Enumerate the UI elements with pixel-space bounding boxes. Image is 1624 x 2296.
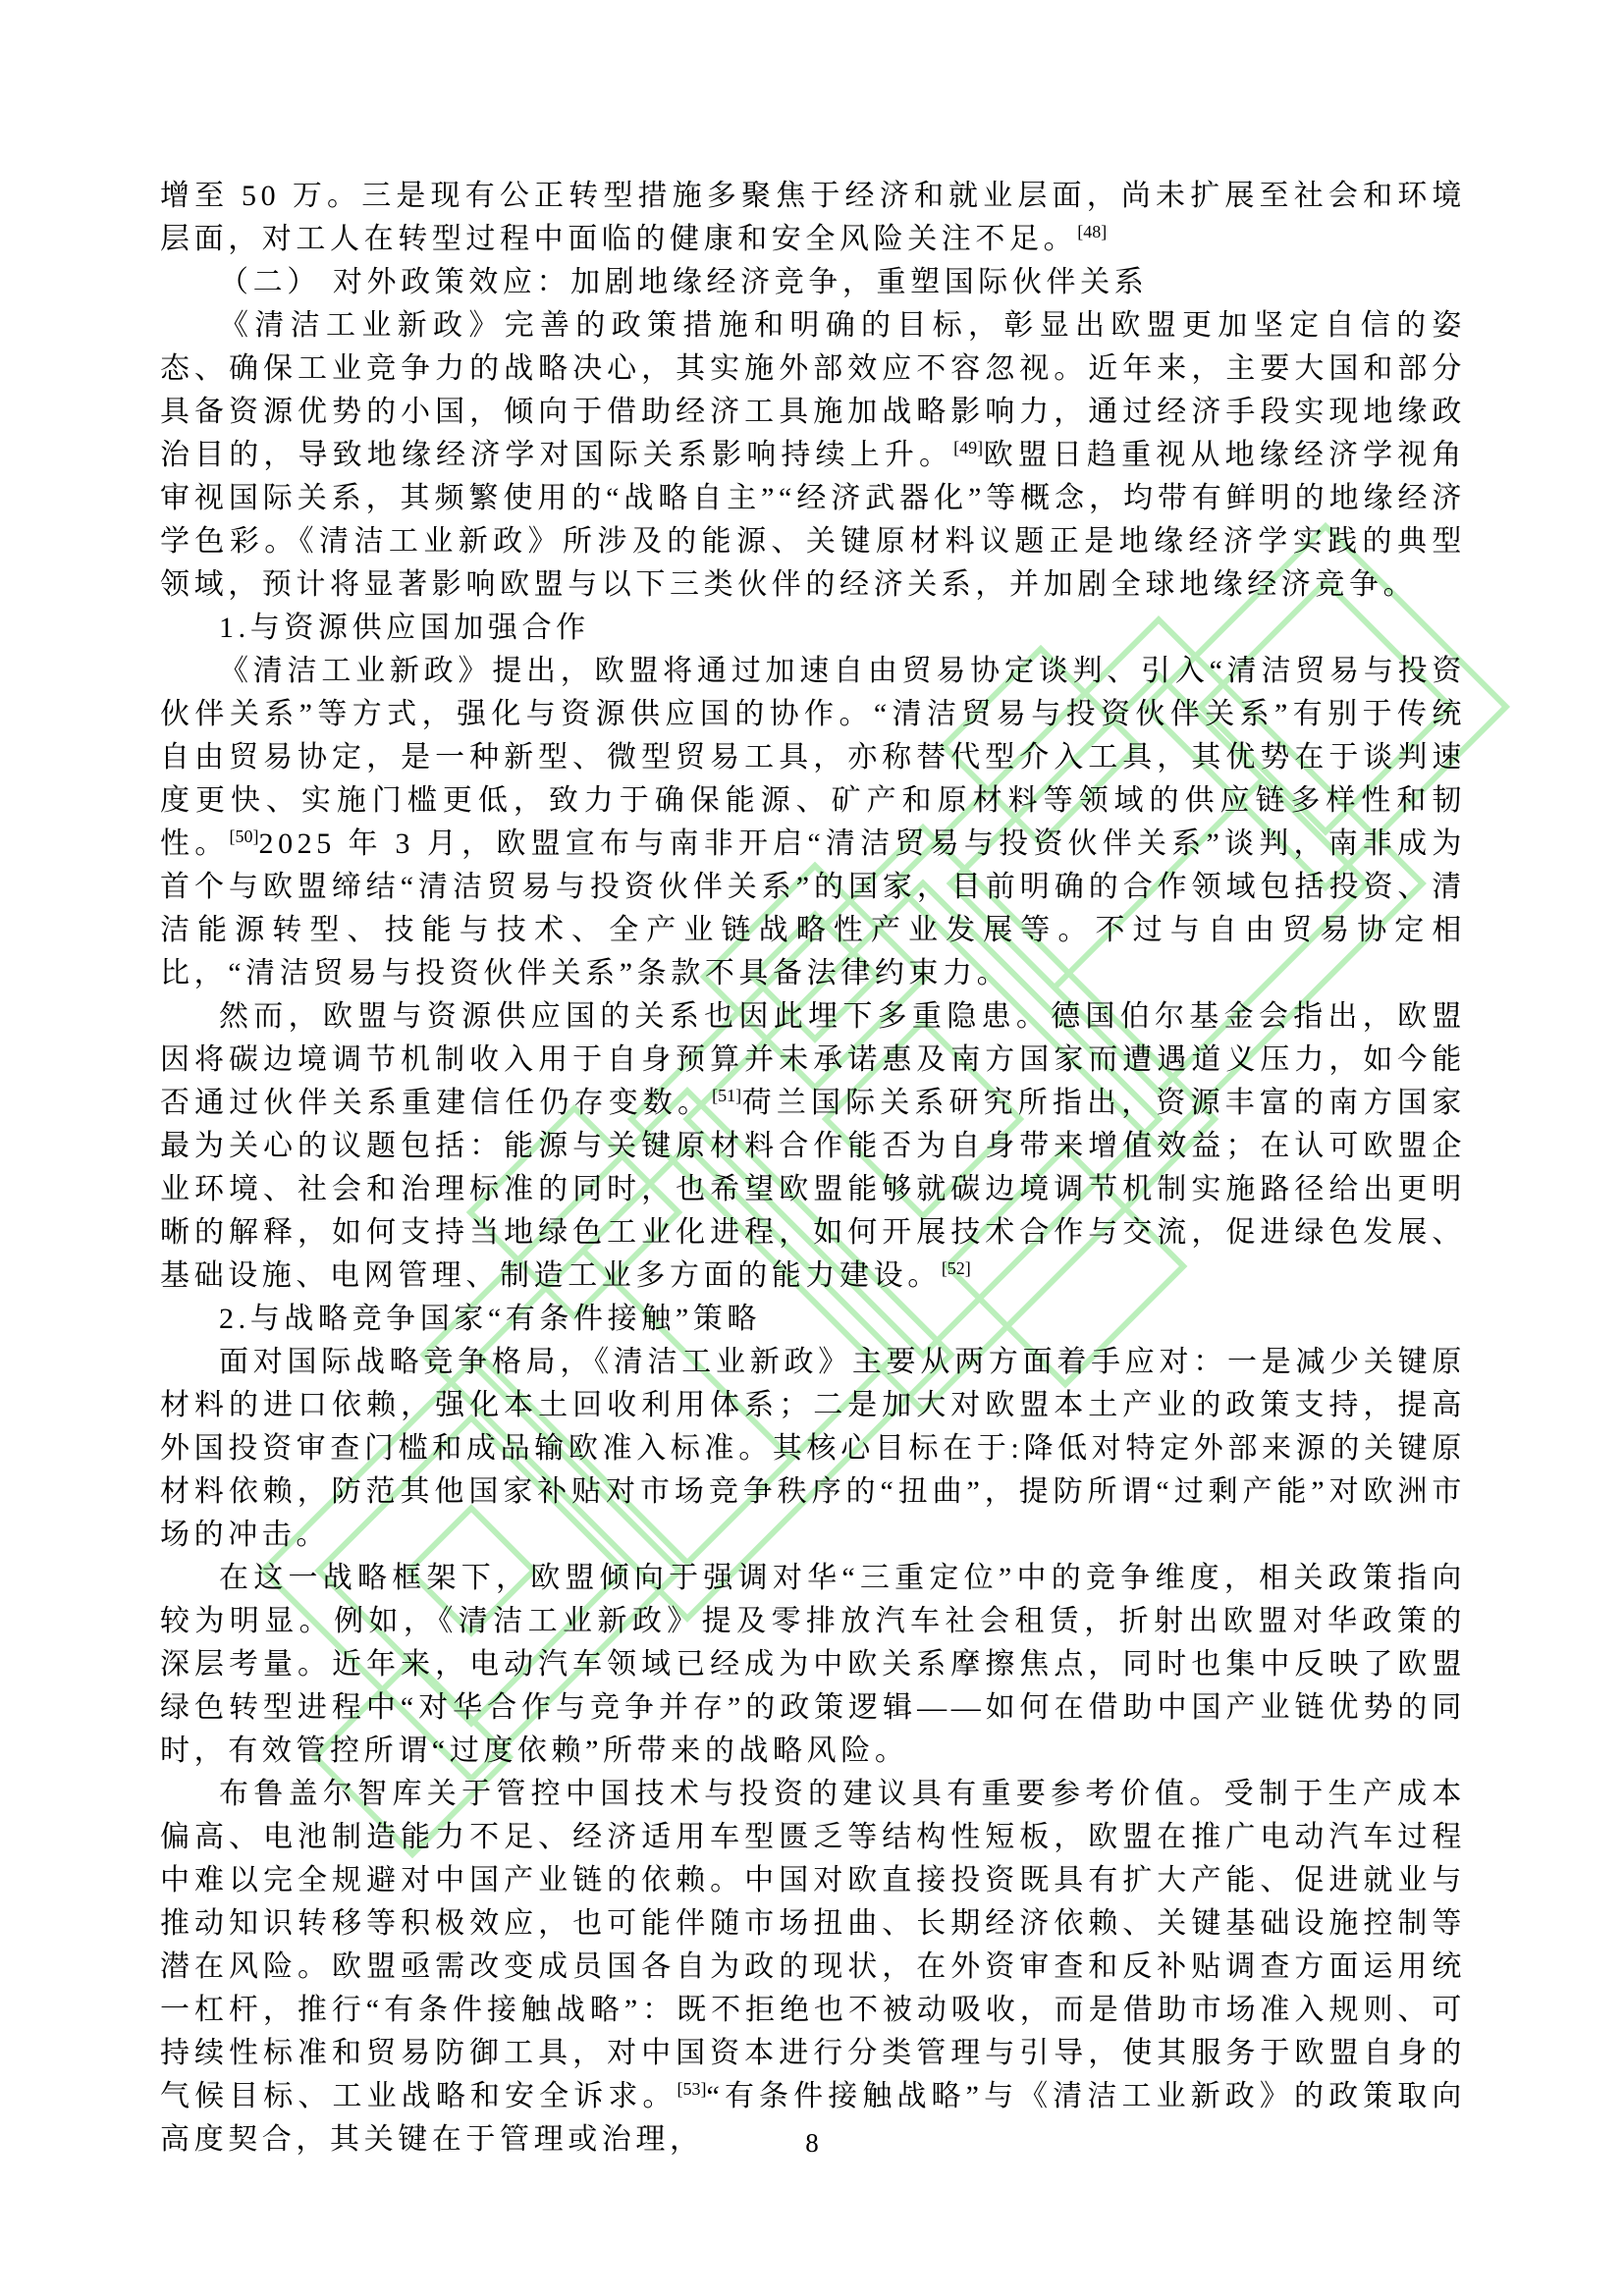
page-number: 8: [0, 2128, 1624, 2159]
footnote-ref: [53]: [677, 2079, 707, 2099]
paragraph-block: 在这一战略框架下，欧盟倾向于强调对华“三重定位”中的竞争维度，相关政策指向较为明…: [160, 1557, 1466, 1773]
footnote-ref: [50]: [229, 827, 258, 846]
paragraph-block: 然而，欧盟与资源供应国的关系也因此埋下多重隐患。德国伯尔基金会指出，欧盟因将碳边…: [160, 995, 1466, 1298]
footnote-ref: [51]: [712, 1086, 741, 1105]
paragraph-block: 《清洁工业新政》提出，欧盟将通过加速自由贸易协定谈判、引入“清洁贸易与投资伙伴关…: [160, 650, 1466, 995]
document-body: 增至 50 万。三是现有公正转型措施多聚焦于经济和就业层面，尚未扩展至社会和环境…: [160, 175, 1466, 2162]
subheading-block: 1.与资源供应国加强合作: [160, 607, 1466, 650]
footnote-ref: [52]: [942, 1258, 971, 1278]
paragraph-block: 布鲁盖尔智库关于管控中国技术与投资的建议具有重要参考价值。受制于生产成本偏高、电…: [160, 1773, 1466, 2162]
footnote-ref: [49]: [953, 438, 983, 457]
heading-block: （二） 对外政策效应：加剧地缘经济竞争，重塑国际伙伴关系: [160, 261, 1466, 304]
paragraph-block: 《清洁工业新政》完善的政策措施和明确的目标，彰显出欧盟更加坚定自信的姿态、确保工…: [160, 304, 1466, 607]
paragraph-block: 面对国际战略竞争格局，《清洁工业新政》主要从两方面着手应对：一是减少关键原材料的…: [160, 1341, 1466, 1557]
document-page: 增至 50 万。三是现有公正转型措施多聚焦于经济和就业层面，尚未扩展至社会和环境…: [0, 0, 1624, 2296]
subheading-block: 2.与战略竞争国家“有条件接触”策略: [160, 1298, 1466, 1341]
footnote-ref: [48]: [1077, 222, 1107, 241]
continuation-block: 增至 50 万。三是现有公正转型措施多聚焦于经济和就业层面，尚未扩展至社会和环境…: [160, 175, 1466, 261]
